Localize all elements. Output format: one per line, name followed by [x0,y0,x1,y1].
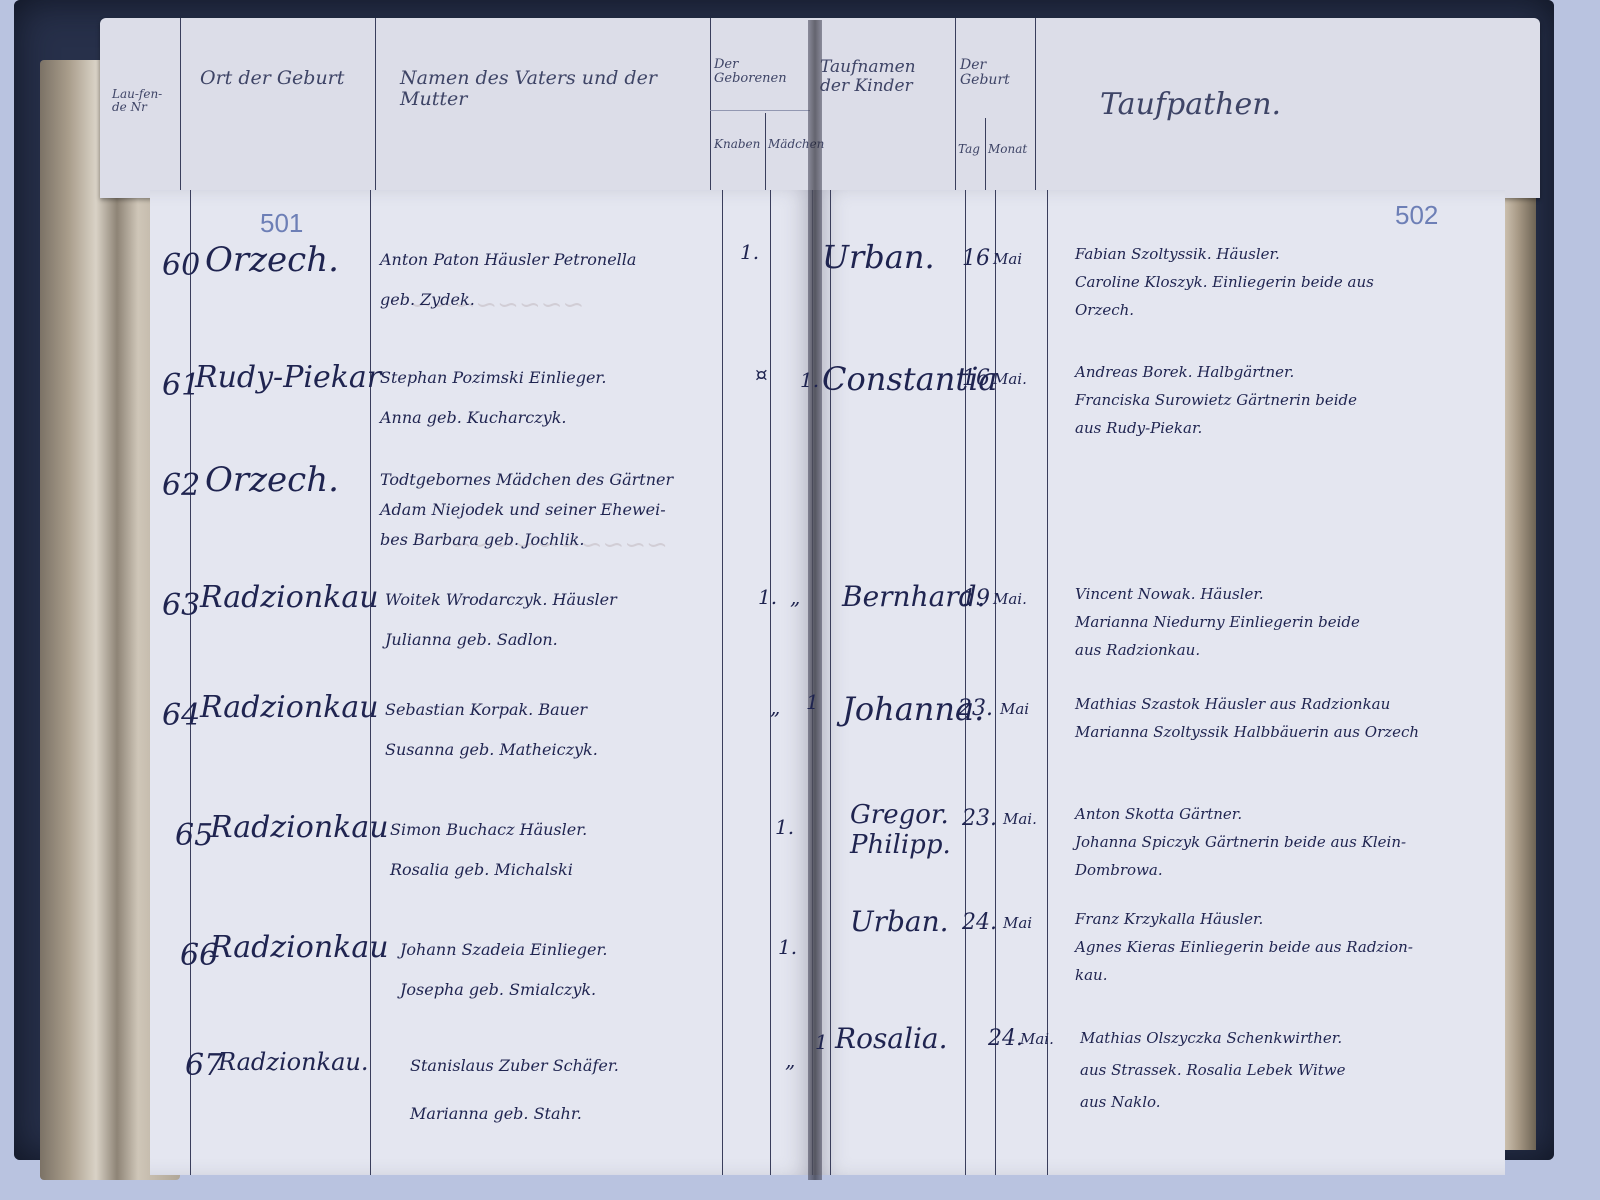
column-rule [722,190,723,1175]
column-rule [770,190,771,1175]
birth-place: Radzionkau [200,580,379,615]
godparent-line: Caroline Kloszyk. Einliegerin beide aus [1075,268,1495,296]
birth-place: Orzech. [205,460,339,500]
boys-mark: „ [785,1048,795,1072]
column-rule [965,190,966,1175]
col-header-eltern: Namen des Vaters und der Mutter [400,68,690,110]
godparent-line: Franz Krzykalla Häusler. [1075,905,1505,933]
godparent-line: Johanna Spiczyk Gärtnerin beide aus Klei… [1075,828,1505,856]
godparents: Mathias Szastok Häusler aus Radzionkau M… [1075,690,1505,746]
godparents: Fabian Szoltyssik. Häusler. Caroline Klo… [1075,240,1495,324]
godparent-line: Marianna Szoltyssik Halbbäuerin aus Orze… [1075,718,1505,746]
col-header-tag: Tag [958,143,980,156]
header-divider [955,18,956,198]
birth-month: Mai. [1003,810,1037,828]
child-name: Gregor. Philipp. [850,800,970,860]
parents: Simon Buchacz Häusler. Rosalia geb. Mich… [390,810,730,890]
father-line: Woitek Wrodarczyk. Häusler [385,580,725,620]
parents: Johann Szadeia Einlieger. Josepha geb. S… [400,930,740,1010]
father-line: Stephan Pozimski Einlieger. [380,358,720,398]
header-divider [765,113,766,198]
birth-month: Mai [993,250,1022,268]
header-divider [710,18,711,198]
father-line: Johann Szadeia Einlieger. [400,930,740,970]
mother-line: Marianna geb. Stahr. [410,1090,750,1138]
column-rule [370,190,371,1175]
entry-number: 64 [162,698,200,733]
birth-month: Mai [1000,700,1029,718]
page-number-left: 501 [260,208,303,239]
birth-month: Mai. [993,590,1027,608]
col-header-monat: Monat [988,143,1027,156]
parents: Woitek Wrodarczyk. Häusler Julianna geb.… [385,580,725,660]
boys-mark: ¤ [755,362,768,386]
father-line: Stanislaus Zuber Schäfer. [410,1042,750,1090]
mother-line: Susanna geb. Matheiczyk. [385,730,725,770]
father-line: Simon Buchacz Häusler. [390,810,730,850]
birth-month: Mai. [993,370,1027,388]
mother-line: Julianna geb. Sadlon. [385,620,725,660]
entry-number: 60 [162,248,200,283]
parent-line: Todtgebornes Mädchen des Gärtner [380,465,725,495]
birth-day: 19 [962,586,990,611]
parents: Stanislaus Zuber Schäfer. Marianna geb. … [410,1042,750,1138]
godparent-line: aus Rudy-Piekar. [1075,414,1495,442]
godparent-line: Orzech. [1075,296,1495,324]
column-rule [1047,190,1048,1175]
birth-place: Radzionkau [200,690,379,725]
godparent-line: aus Radzionkau. [1075,636,1495,664]
header-divider [1035,18,1036,198]
column-rule [190,190,191,1175]
column-rule [830,190,831,1175]
entry-number: 62 [162,468,200,503]
header-divider [710,110,810,111]
godparent-line: Agnes Kieras Einliegerin beide aus Radzi… [1075,933,1505,961]
boys-count: 1. [778,935,797,959]
godparent-line: Anton Skotta Gärtner. [1075,800,1505,828]
parents: Sebastian Korpak. Bauer Susanna geb. Mat… [385,690,725,770]
godparent-line: kau. [1075,961,1505,989]
godparent-line: Vincent Nowak. Häusler. [1075,580,1495,608]
birth-place: Rudy-Piekar [195,360,381,395]
godparent-line: Mathias Olszyczka Schenkwirther. [1080,1022,1510,1054]
col-header-paten: Taufpathen. [1100,88,1281,121]
godparents: Andreas Borek. Halbgärtner. Franciska Su… [1075,358,1495,442]
godparents: Anton Skotta Gärtner. Johanna Spiczyk Gä… [1075,800,1505,884]
birth-day: 24. [988,1026,1023,1051]
col-header-taufnamen: Taufnamen der Kinder [820,58,950,95]
mother-line: geb. Zydek. [380,280,720,320]
boys-mark: „ [770,695,780,719]
girls-count: 1 [806,690,819,714]
birth-place: Radzionkau [210,930,389,965]
page-number-right: 502 [1395,200,1438,231]
birth-day: 23. [962,806,997,831]
left-page: 501 ~~~~~~~~ ~~~~~~~~~~ [150,190,815,1175]
mother-line: Rosalia geb. Michalski [390,850,730,890]
godparent-line: Mathias Szastok Häusler aus Radzionkau [1075,690,1505,718]
parents: Anton Paton Häusler Petronella geb. Zyde… [380,240,720,320]
boys-count: 1. [775,815,794,839]
birth-month: Mai. [1020,1030,1054,1048]
parents: Stephan Pozimski Einlieger. Anna geb. Ku… [380,358,720,438]
father-line: Sebastian Korpak. Bauer [385,690,725,730]
girls-mark: „ [790,585,800,609]
godparent-line: Franciska Surowietz Gärtnerin beide [1075,386,1495,414]
godparents: Franz Krzykalla Häusler. Agnes Kieras Ei… [1075,905,1505,989]
birth-day: 23. [958,696,993,721]
child-name: Rosalia. [835,1022,948,1055]
col-header-knaben: Knaben [714,138,760,151]
godparent-line: Marianna Niedurny Einliegerin beide [1075,608,1495,636]
col-header-geburt: Der Geburt [960,58,1030,89]
birth-day: 16 [962,246,990,271]
godparent-line: Dombrowa. [1075,856,1505,884]
header-divider [180,18,181,198]
godparents: Vincent Nowak. Häusler. Marianna Niedurn… [1075,580,1495,664]
birth-day: 24. [962,910,997,935]
boys-count: 1. [740,240,759,264]
birth-place: Radzionkau. [218,1048,368,1076]
birth-month: Mai [1003,914,1032,932]
girls-count: 1 [815,1030,828,1054]
parent-line: bes Barbara geb. Jochlik. [380,525,725,555]
col-header-nr: Lau-fen-de Nr [112,88,172,114]
page-edges-right [1500,50,1536,1150]
header-divider [985,118,986,198]
col-header-geborenen: Der Geborenen [714,58,809,87]
godparents: Mathias Olszyczka Schenkwirther. aus Str… [1080,1022,1510,1118]
child-name: Urban. [822,238,935,276]
girls-count: 1. [800,368,819,392]
parents: Todtgebornes Mädchen des Gärtner Adam Ni… [380,465,725,555]
godparent-line: aus Strassek. Rosalia Lebek Witwe [1080,1054,1510,1086]
father-line: Anton Paton Häusler Petronella [380,240,720,280]
godparent-line: aus Naklo. [1080,1086,1510,1118]
book-gutter [808,20,822,1180]
boys-count: 1. [758,585,777,609]
godparent-line: Fabian Szoltyssik. Häusler. [1075,240,1495,268]
col-header-ort: Ort der Geburt [200,68,360,89]
header-divider [375,18,376,198]
birth-place: Orzech. [205,240,339,280]
godparent-line: Andreas Borek. Halbgärtner. [1075,358,1495,386]
birth-day: 16 [962,366,990,391]
mother-line: Anna geb. Kucharczyk. [380,398,720,438]
birth-place: Radzionkau [210,810,389,845]
entry-number: 63 [162,588,200,623]
child-name: Urban. [850,905,949,938]
entry-number: 65 [175,818,213,853]
parent-line: Adam Niejodek und seiner Ehewei- [380,495,725,525]
mother-line: Josepha geb. Smialczyk. [400,970,740,1010]
